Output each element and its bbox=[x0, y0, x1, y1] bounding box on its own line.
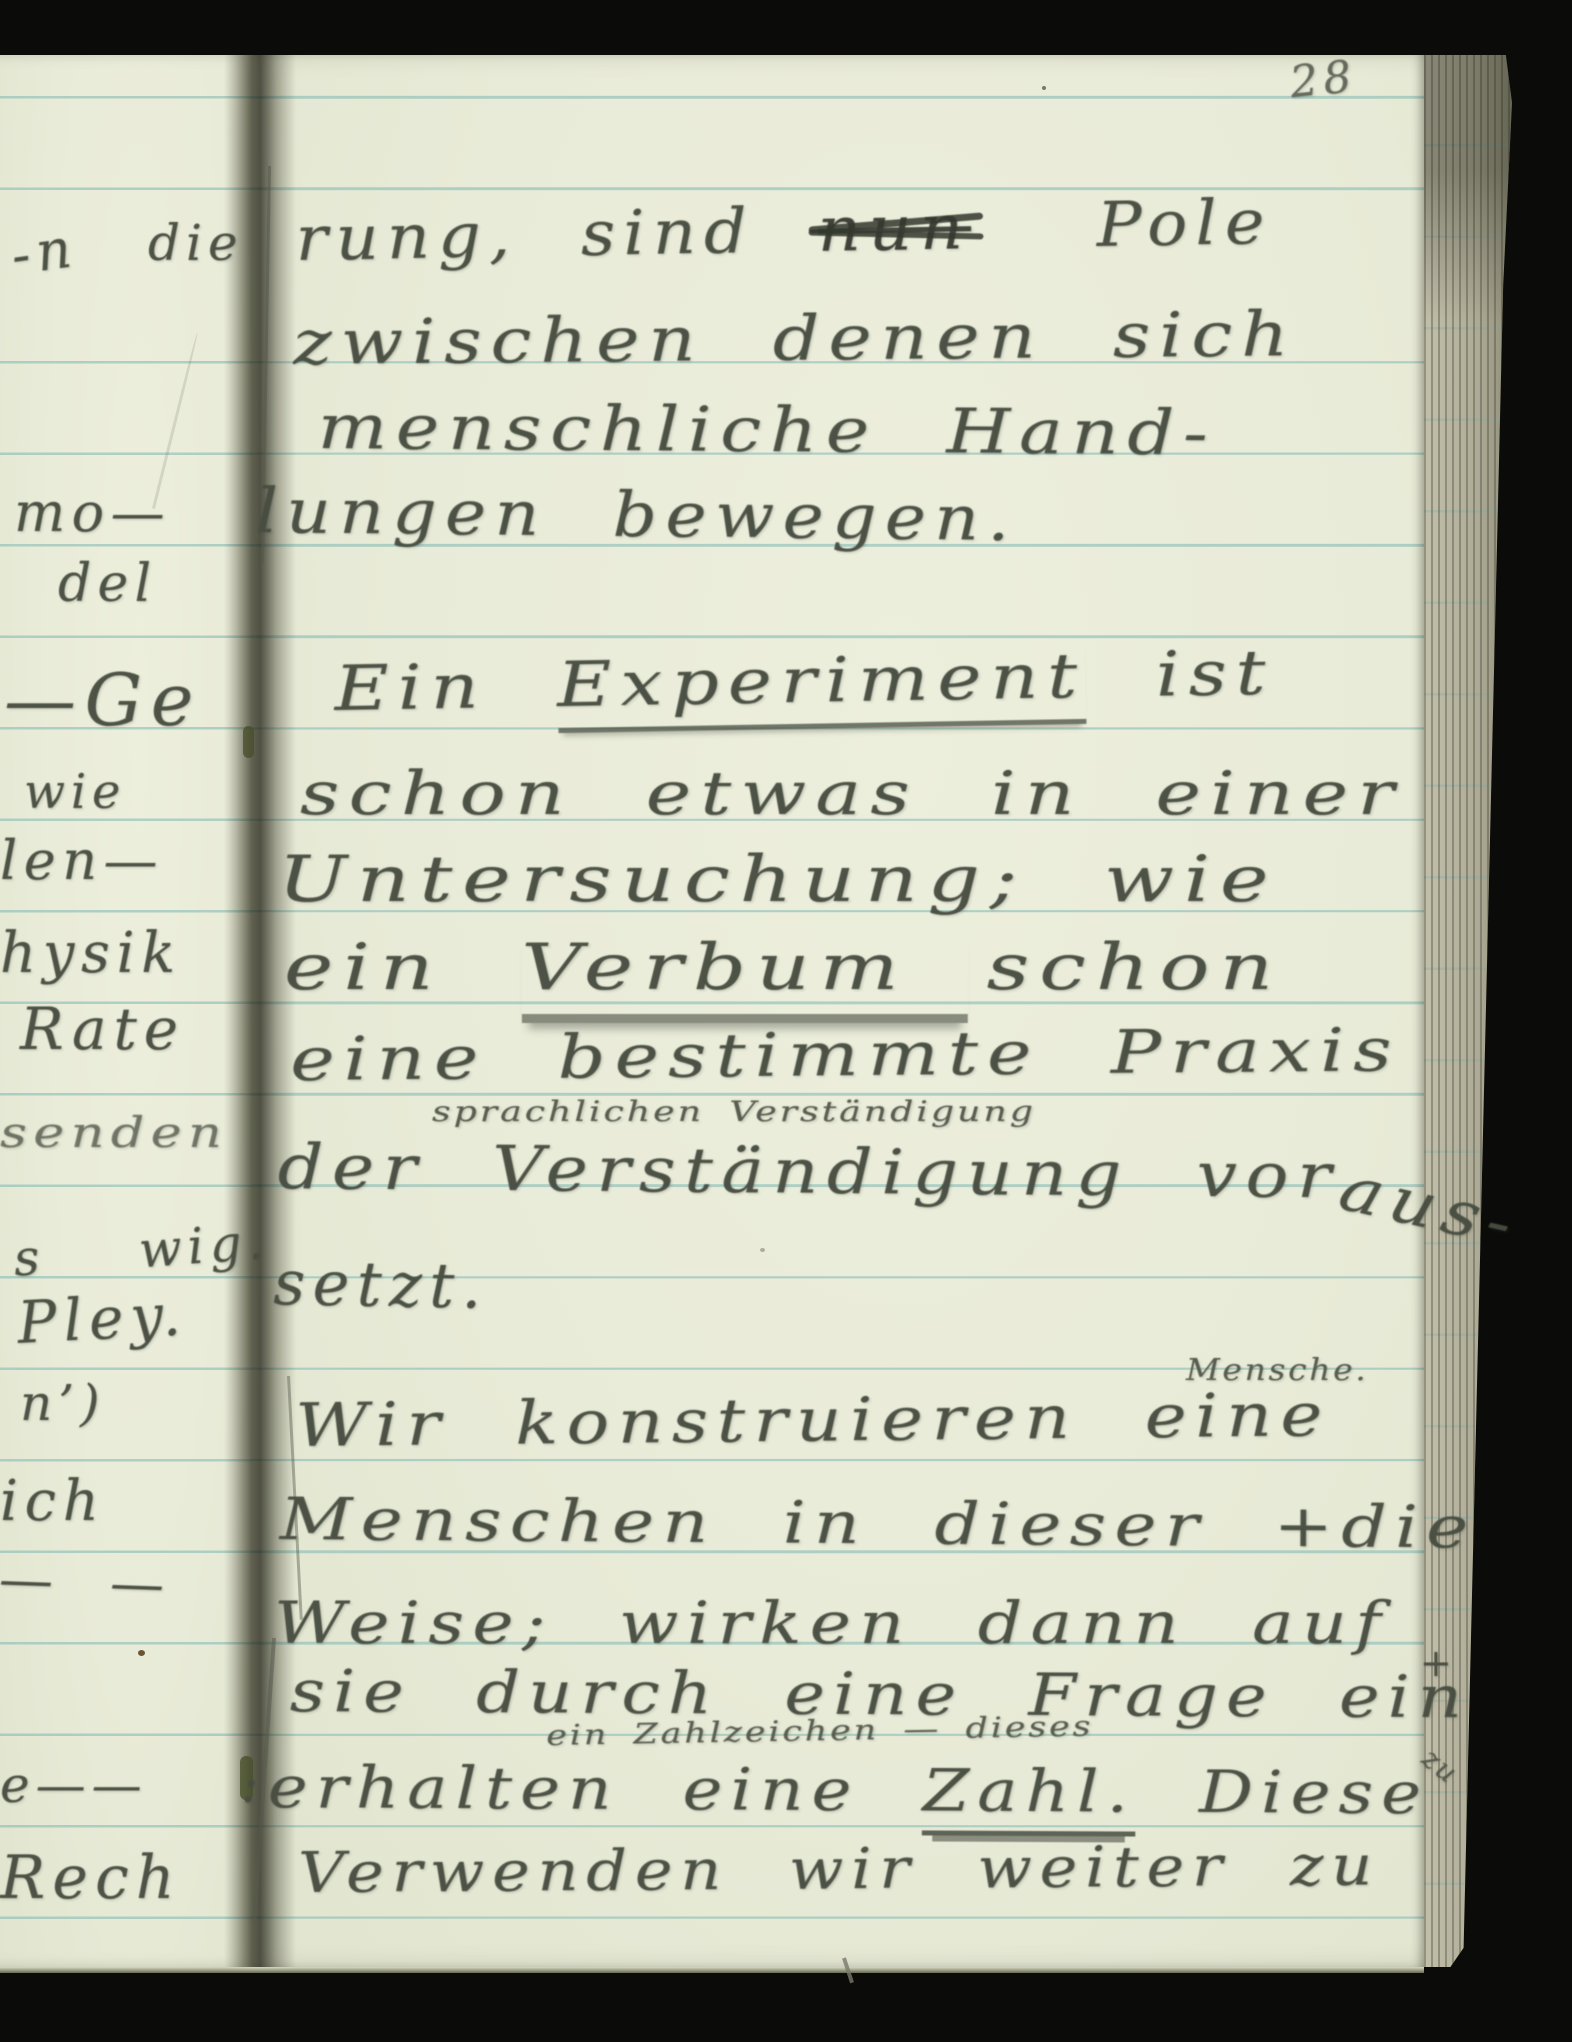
handwriting-line: Menschen in dieser +die bbox=[280, 1490, 1477, 1556]
handwriting-line: zwischen denen sich bbox=[293, 303, 1297, 374]
underlined-word: Experiment bbox=[556, 639, 1086, 733]
left-page-fragment: hysik bbox=[0, 926, 182, 982]
left-page-fragment: senden bbox=[0, 1112, 228, 1154]
handwriting-line: lungen bewegen. bbox=[255, 480, 1018, 550]
interlinear-insertion: sprachlichen Verständigung bbox=[432, 1098, 1036, 1126]
left-page-fragment: Pley. bbox=[16, 1285, 189, 1352]
margin-mark-plus: + bbox=[1420, 1644, 1456, 1682]
handwriting-line: Verwenden wir weiter zu bbox=[298, 1838, 1380, 1902]
underlined-word: Zahl. bbox=[922, 1756, 1136, 1836]
handwriting-line: Untersuchung; wie bbox=[278, 848, 1278, 912]
handwriting-line: Ein Experiment ist bbox=[334, 642, 1275, 720]
left-page-fragment: -n bbox=[8, 221, 81, 284]
handwriting-line: setzt. bbox=[273, 1252, 489, 1318]
left-page-fragment: — — bbox=[0, 1552, 172, 1612]
notebook-photo: 28 rung, sind nun Pole zwischen denen si… bbox=[0, 0, 1572, 2042]
left-page-fragment: e—— : bbox=[0, 1760, 264, 1810]
handwriting-line: schon etwas in einer bbox=[300, 764, 1403, 824]
handwriting-line: eine bestimmte Praxis bbox=[290, 1020, 1401, 1090]
left-page-fragment: Rate bbox=[20, 1000, 185, 1058]
handwriting-line: rung, sind nun Pole bbox=[295, 191, 1273, 270]
handwriting-line: Wir konstruieren eine bbox=[295, 1385, 1331, 1456]
paper-speck bbox=[760, 1248, 765, 1252]
left-page-fragment: ich bbox=[0, 1474, 106, 1530]
left-page-fragment: n’) bbox=[20, 1378, 106, 1428]
left-page-fragment: —Ge bbox=[4, 664, 202, 736]
handwriting-line: erhalten eine Zahl. Diese bbox=[268, 1758, 1430, 1822]
paper-speck bbox=[498, 340, 502, 344]
binding-gutter bbox=[224, 55, 296, 1967]
left-page-fragment: die bbox=[148, 218, 244, 268]
paper-speck bbox=[1042, 86, 1046, 90]
underlined-word: Verbum bbox=[521, 931, 968, 1023]
page-number: 28 bbox=[1288, 55, 1359, 106]
binding-thread bbox=[243, 726, 254, 758]
left-page-fragment: mo— bbox=[14, 486, 171, 540]
handwriting-line: Weise; wirken dann auf bbox=[274, 1594, 1389, 1652]
struck-word: nun bbox=[817, 190, 972, 266]
left-page-fragment: del bbox=[58, 558, 157, 610]
left-page-fragment: Rech bbox=[0, 1848, 182, 1908]
paper-speck bbox=[138, 1650, 145, 1656]
left-page-fragment: wie bbox=[24, 768, 126, 816]
handwriting-line: der Verständigung voraus- bbox=[277, 1136, 1523, 1209]
left-page-fragment: len— bbox=[0, 834, 164, 888]
handwriting-line: menschliche Hand- bbox=[318, 396, 1217, 464]
handwriting-line: ein Verbum schon bbox=[284, 936, 1283, 1000]
